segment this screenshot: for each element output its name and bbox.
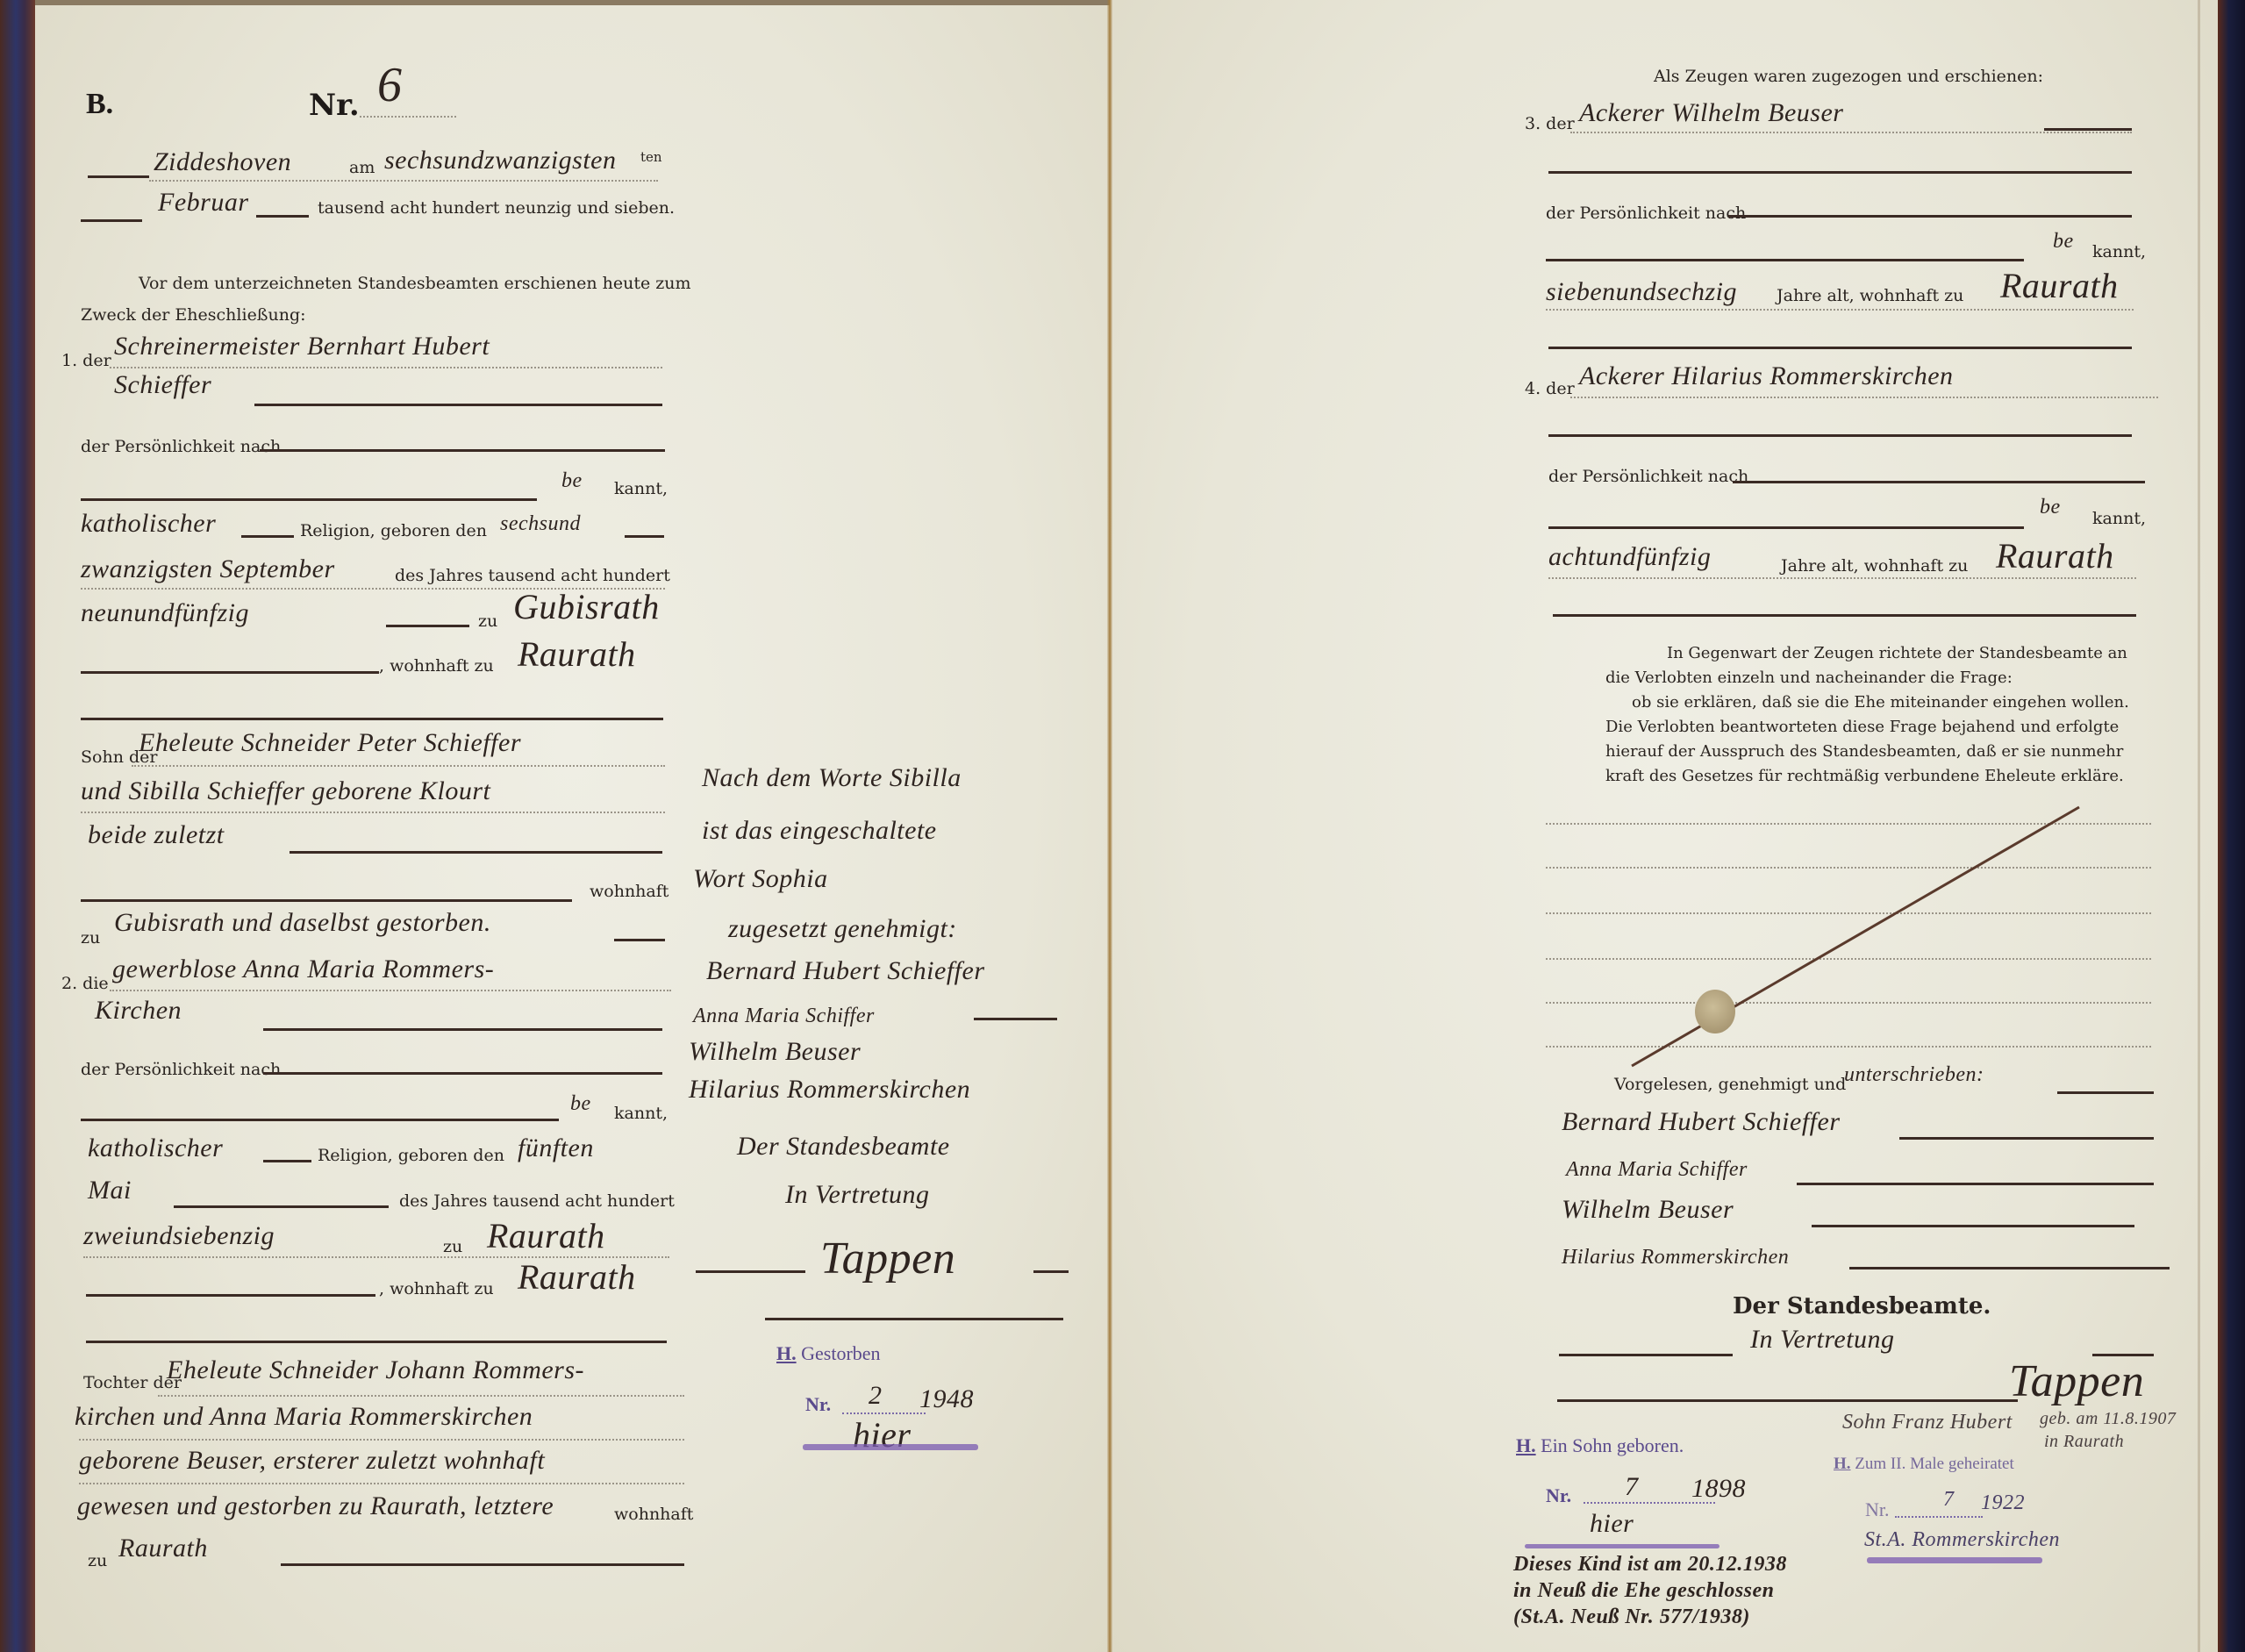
stamp-underline bbox=[803, 1444, 978, 1450]
place-hand: Ziddeshoven bbox=[154, 147, 291, 177]
intro-line-2: Zweck der Eheschließung: bbox=[81, 305, 306, 325]
bride-occupation-name: gewerblose Anna Maria Rommers- bbox=[112, 955, 494, 984]
groom-parents-zu-label: zu bbox=[81, 928, 100, 948]
bride-zu-label: zu bbox=[443, 1237, 462, 1256]
fill-line bbox=[1812, 1225, 2134, 1227]
fill-line bbox=[1546, 259, 2024, 261]
witness4-age-label: Jahre alt, wohnhaft zu bbox=[1781, 556, 1968, 576]
fill-line bbox=[1548, 347, 2132, 349]
fill-line bbox=[1548, 434, 2132, 437]
page-edge bbox=[2198, 0, 2200, 1652]
groom-birth-year: neunundfünfzig bbox=[81, 598, 249, 628]
dotted-line bbox=[79, 1439, 684, 1441]
fill-line bbox=[765, 1318, 1063, 1320]
bride-surname: Kirchen bbox=[95, 996, 182, 1026]
fill-line bbox=[88, 175, 149, 178]
margin-note-line-2: ist das eingeschaltete bbox=[702, 816, 937, 846]
birth-stamp-nr-label: Nr. bbox=[1546, 1484, 1571, 1507]
margin-note-signature-4: Hilarius Rommerskirchen bbox=[689, 1075, 970, 1105]
question-line-4: Die Verlobten beantworteten diese Frage … bbox=[1605, 718, 2119, 736]
fill-line bbox=[81, 718, 663, 720]
witness3-name: Ackerer Wilhelm Beuser bbox=[1579, 98, 1843, 128]
question-line-6: kraft des Gesetzes für rechtmäßig verbun… bbox=[1605, 767, 2124, 785]
margin-note-line-1: Nach dem Worte Sibilla bbox=[702, 763, 962, 793]
stamp-mark: H. bbox=[1834, 1455, 1851, 1473]
margin-note-official-deputy: In Vertretung bbox=[785, 1180, 930, 1210]
groom-birth-place: Gubisrath bbox=[513, 586, 660, 627]
fill-line bbox=[386, 625, 469, 627]
witness4-age: achtundfünfzig bbox=[1548, 542, 1711, 572]
margin-note-line-4: zugesetzt genehmigt: bbox=[728, 914, 957, 944]
fill-line bbox=[974, 1018, 1057, 1020]
stamp-underline bbox=[1867, 1557, 2042, 1563]
fill-line bbox=[81, 1119, 559, 1121]
margin-note-line-3: Wort Sophia bbox=[693, 864, 828, 894]
margin-note-signature-1: Bernard Hubert Schieffer bbox=[706, 956, 985, 986]
groom-religion-hand: katholischer bbox=[81, 509, 216, 539]
fill-line bbox=[290, 851, 662, 854]
signature-3: Wilhelm Beuser bbox=[1562, 1195, 1734, 1225]
groom-occupation-name: Schreinermeister Bernhart Hubert bbox=[114, 332, 490, 361]
fill-line bbox=[263, 1160, 311, 1162]
dotted-line bbox=[360, 116, 456, 118]
bride-personality-label: der Persönlichkeit nach bbox=[81, 1060, 281, 1079]
witness3-residence: Raurath bbox=[2000, 265, 2119, 306]
bride-parents-zu-label: zu bbox=[88, 1551, 107, 1570]
signature-2: Anna Maria Schiffer bbox=[1566, 1158, 1748, 1182]
groom-parents-line-2: und Sibilla Schieffer geborene Klourt bbox=[81, 776, 490, 806]
fill-line bbox=[86, 1294, 375, 1297]
bride-year-label: des Jahres tausend acht hundert bbox=[399, 1191, 675, 1211]
official-deputy: In Vertretung bbox=[1750, 1325, 1895, 1355]
bride-birth-year: zweiundsiebenzig bbox=[83, 1221, 275, 1251]
bride-parents-wohnhaft-label: wohnhaft bbox=[614, 1505, 693, 1524]
fill-line bbox=[1553, 614, 2136, 617]
bride-religion-label: Religion, geboren den bbox=[318, 1146, 504, 1165]
bride-residence: Raurath bbox=[518, 1256, 636, 1298]
witness4-known-hand: be bbox=[2040, 496, 2061, 519]
ten-label: ten bbox=[640, 149, 662, 165]
bride-prefix: 2. die bbox=[61, 974, 109, 993]
page-gutter bbox=[1107, 0, 1112, 1652]
bride-parents-line-3: geborene Beuser, ersterer zuletzt wohnha… bbox=[79, 1446, 545, 1476]
fill-line bbox=[81, 671, 379, 674]
fill-line bbox=[1733, 481, 2145, 483]
fill-line bbox=[1728, 215, 2132, 218]
bride-known-hand: be bbox=[570, 1092, 591, 1116]
dotted-line bbox=[1546, 309, 2134, 311]
official-title: Der Standesbeamte. bbox=[1733, 1293, 1991, 1319]
fill-line bbox=[1899, 1137, 2154, 1140]
dotted-line bbox=[1570, 132, 2132, 133]
dotted-line bbox=[1570, 397, 2158, 398]
official-name: Tappen bbox=[2009, 1355, 2144, 1407]
groom-residence-label: , wohnhaft zu bbox=[379, 656, 494, 676]
birth-stamp-title: Ein Sohn geboren. bbox=[1541, 1434, 1684, 1456]
fill-line bbox=[81, 219, 142, 222]
stamp-underline bbox=[1525, 1544, 1719, 1548]
son-note-line-2: geb. am 11.8.1907 bbox=[2040, 1409, 2176, 1429]
fill-line bbox=[614, 939, 665, 941]
bride-parents-line-2: kirchen und Anna Maria Rommerskirchen bbox=[75, 1402, 533, 1432]
question-line-3: ob sie erklären, daß sie die Ehe miteina… bbox=[1632, 693, 2129, 712]
son-note-line-1: Sohn Franz Hubert bbox=[1842, 1411, 2013, 1434]
question-line-2: die Verlobten einzeln und nacheinander d… bbox=[1605, 669, 2013, 687]
fill-line bbox=[1548, 526, 2024, 529]
fill-line bbox=[81, 899, 572, 902]
groom-parents-line-4: Gubisrath und daselbst gestorben. bbox=[114, 908, 491, 938]
groom-known-label: kannt, bbox=[614, 479, 668, 498]
margin-note-signature-2: Anna Maria Schiffer bbox=[693, 1005, 875, 1028]
birth-stamp-note-line-1: Dieses Kind ist am 20.12.1938 bbox=[1513, 1553, 1787, 1577]
dotted-line bbox=[149, 180, 658, 182]
marriage-stamp: H. Zum II. Male geheiratet bbox=[1834, 1455, 2014, 1474]
marriage-stamp-nr-value: 7 bbox=[1943, 1488, 1955, 1512]
son-note-line-3: in Raurath bbox=[2044, 1432, 2124, 1452]
fill-line bbox=[241, 535, 294, 538]
signature-4: Hilarius Rommerskirchen bbox=[1562, 1246, 1789, 1269]
death-stamp: H. Gestorben bbox=[776, 1342, 881, 1365]
groom-birth-month: zwanzigsten September bbox=[81, 554, 335, 584]
bride-birth-place: Raurath bbox=[487, 1215, 605, 1256]
fill-line bbox=[1557, 1399, 2018, 1402]
witness3-prefix: 3. der bbox=[1525, 114, 1575, 133]
witness3-age-label: Jahre alt, wohnhaft zu bbox=[1777, 286, 1963, 305]
fill-line bbox=[263, 1028, 662, 1031]
fill-line bbox=[1797, 1183, 2154, 1185]
groom-birth-day: sechsund bbox=[500, 512, 581, 536]
margin-note-signature-3: Wilhelm Beuser bbox=[689, 1037, 861, 1067]
witness-header: Als Zeugen waren zugezogen und erschiene… bbox=[1654, 67, 2043, 86]
fill-line bbox=[625, 535, 664, 538]
margin-note-official-name: Tappen bbox=[820, 1233, 955, 1284]
dotted-line bbox=[1895, 1516, 1983, 1518]
bride-parents-line-5: Raurath bbox=[118, 1534, 208, 1563]
groom-surname: Schieffer bbox=[114, 370, 211, 400]
birth-stamp-note-line-3: (St.A. Neuß Nr. 577/1938) bbox=[1513, 1606, 1750, 1629]
witness4-prefix: 4. der bbox=[1525, 379, 1575, 398]
witness4-name: Ackerer Hilarius Rommerskirchen bbox=[1579, 361, 1954, 391]
fill-line bbox=[174, 1205, 389, 1208]
dotted-line bbox=[110, 367, 662, 368]
dotted-line bbox=[110, 990, 671, 991]
margin-note-official-title: Der Standesbeamte bbox=[737, 1132, 950, 1162]
dotted-line bbox=[132, 765, 665, 767]
dotted-line bbox=[81, 812, 665, 813]
birth-stamp-note-line-2: in Neuß die Ehe geschlossen bbox=[1513, 1579, 1775, 1603]
groom-parents-wohnhaft-label: wohnhaft bbox=[590, 882, 668, 901]
groom-parents-line-3: beide zuletzt bbox=[88, 820, 225, 850]
dotted-line bbox=[79, 1483, 684, 1484]
book-binding-left bbox=[0, 0, 35, 1652]
groom-known-hand: be bbox=[561, 469, 583, 493]
record-number: 6 bbox=[377, 57, 403, 113]
fill-line bbox=[260, 449, 665, 452]
question-line-5: hierauf der Ausspruch des Standesbeamten… bbox=[1605, 742, 2123, 761]
bride-religion-hand: katholischer bbox=[88, 1134, 223, 1163]
signature-1: Bernard Hubert Schieffer bbox=[1562, 1107, 1841, 1137]
birth-stamp-place: hier bbox=[1590, 1509, 1634, 1539]
bride-birth-month: Mai bbox=[88, 1176, 132, 1205]
stamp-mark: H. bbox=[776, 1342, 797, 1364]
bride-parents-line-1: Eheleute Schneider Johann Rommers- bbox=[167, 1355, 584, 1385]
register-letter: B. bbox=[86, 88, 113, 121]
wax-seal bbox=[1695, 990, 1735, 1033]
death-stamp-nr-label: Nr. bbox=[805, 1393, 831, 1416]
witness3-age: siebenundsechzig bbox=[1546, 277, 1737, 307]
approval-label: Vorgelesen, genehmigt und bbox=[1614, 1075, 1846, 1094]
question-line-1: In Gegenwart der Zeugen richtete der Sta… bbox=[1667, 644, 2127, 662]
fill-line bbox=[256, 215, 309, 218]
groom-residence: Raurath bbox=[518, 633, 636, 675]
fill-line bbox=[263, 1072, 662, 1075]
fill-line bbox=[281, 1563, 684, 1566]
day-hand: sechsundzwanzigsten bbox=[384, 146, 617, 175]
am-label: am bbox=[349, 158, 375, 177]
year-print: tausend acht hundert neunzig und sieben. bbox=[318, 198, 675, 218]
fill-line bbox=[1033, 1270, 1069, 1273]
witness4-known-label: kannt, bbox=[2092, 509, 2146, 528]
approval-hand: unterschrieben: bbox=[1844, 1063, 1984, 1087]
death-stamp-nr-value: 2 bbox=[869, 1381, 883, 1411]
fill-line bbox=[696, 1270, 805, 1273]
marriage-stamp-title: Zum II. Male geheiratet bbox=[1855, 1455, 2013, 1473]
groom-parents-line-1: Eheleute Schneider Peter Schieffer bbox=[139, 728, 521, 758]
bride-parents-line-4: gewesen und gestorben zu Raurath, letzte… bbox=[77, 1491, 554, 1521]
witness4-personality-label: der Persönlichkeit nach bbox=[1548, 467, 1748, 486]
birth-stamp-year: 1898 bbox=[1691, 1474, 1746, 1504]
birth-stamp-nr-value: 7 bbox=[1625, 1472, 1639, 1502]
fill-line bbox=[1849, 1267, 2170, 1269]
bride-known-label: kannt, bbox=[614, 1104, 668, 1123]
dotted-line bbox=[158, 1395, 684, 1397]
strike-through-line bbox=[1623, 803, 2088, 1075]
groom-zu-label: zu bbox=[478, 611, 497, 631]
dotted-line bbox=[1548, 577, 2136, 579]
marriage-stamp-nr-label: Nr. bbox=[1865, 1498, 1890, 1521]
groom-personality-label: der Persönlichkeit nach bbox=[81, 437, 281, 456]
witness3-known-label: kannt, bbox=[2092, 242, 2146, 261]
nr-label: Nr. bbox=[309, 88, 360, 123]
groom-year-label: des Jahres tausend acht hundert bbox=[395, 566, 670, 585]
marriage-stamp-place: St.A. Rommerskirchen bbox=[1864, 1528, 2060, 1552]
intro-line-1: Vor dem unterzeichneten Standesbeamten e… bbox=[139, 274, 691, 293]
month-hand: Februar bbox=[158, 188, 249, 218]
fill-line bbox=[81, 498, 537, 501]
stamp-mark: H. bbox=[1516, 1434, 1536, 1456]
groom-religion-label: Religion, geboren den bbox=[300, 521, 487, 540]
birth-stamp: H. Ein Sohn geboren. bbox=[1516, 1434, 1684, 1457]
death-stamp-year: 1948 bbox=[919, 1384, 974, 1414]
bride-birth-day: fünften bbox=[518, 1134, 594, 1163]
fill-line bbox=[1548, 171, 2132, 174]
fill-line bbox=[254, 404, 662, 406]
fill-line bbox=[2057, 1091, 2154, 1094]
witness3-personality-label: der Persönlichkeit nach bbox=[1546, 204, 1746, 223]
marriage-stamp-year: 1922 bbox=[1981, 1491, 2025, 1515]
witness3-known-hand: be bbox=[2053, 230, 2074, 254]
groom-prefix: 1. der bbox=[61, 351, 111, 370]
fill-line bbox=[2044, 128, 2132, 131]
death-stamp-title: Gestorben bbox=[801, 1342, 880, 1364]
fill-line bbox=[1559, 1354, 1733, 1356]
fill-line bbox=[86, 1341, 667, 1343]
bride-residence-label: , wohnhaft zu bbox=[379, 1279, 494, 1298]
witness4-residence: Raurath bbox=[1996, 535, 2114, 576]
book-binding-right bbox=[2218, 0, 2245, 1652]
